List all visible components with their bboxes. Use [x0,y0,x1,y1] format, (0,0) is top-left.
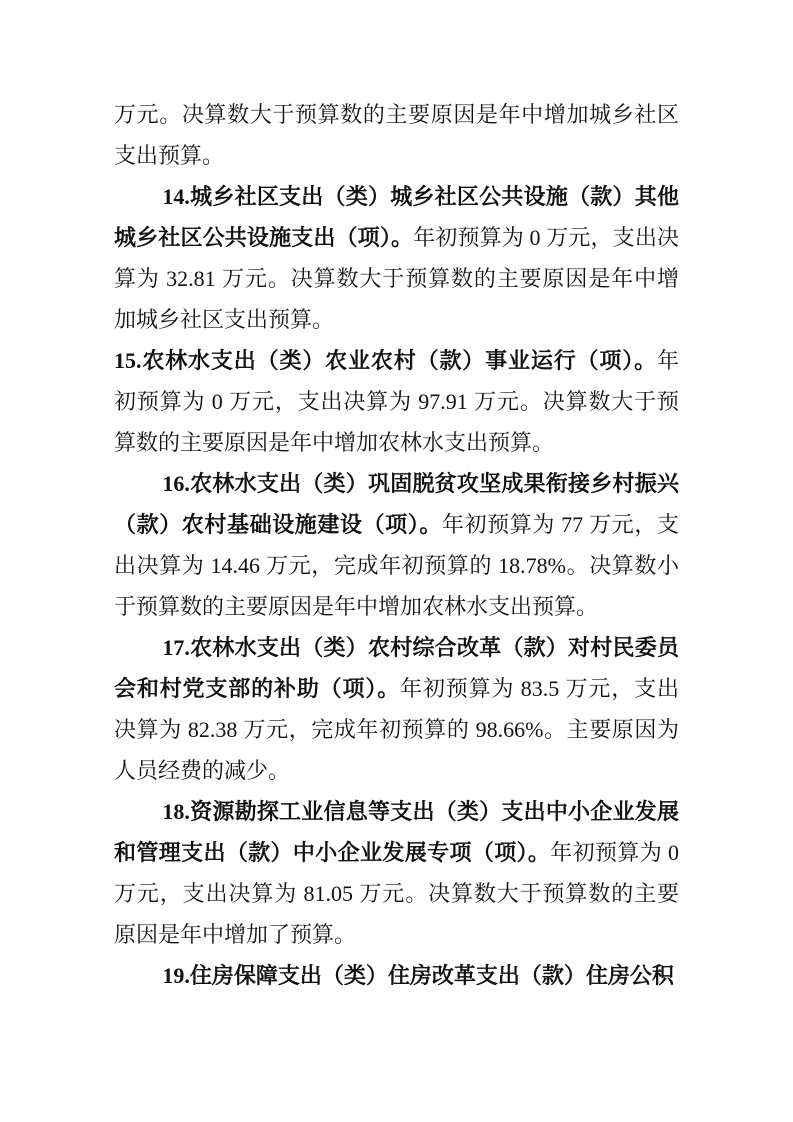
paragraph-item-18: 18.资源勘探工业信息等支出（类）支出中小企业发展和管理支出（款）中小企业发展专… [114,791,679,955]
text-run-bold: 19.住房保障支出（类）住房改革支出（款）住房公积 [162,963,674,988]
paragraph-item-19: 19.住房保障支出（类）住房改革支出（款）住房公积 [114,955,679,996]
paragraph-item-14: 14.城乡社区支出（类）城乡社区公共设施（款）其他城乡社区公共设施支出（项）。年… [114,176,679,340]
text-run-bold: 15.农林水支出（类）农业农村（款）事业运行（项）。 [114,348,657,373]
text-run: 万元。决算数大于预算数的主要原因是年中增加城乡社区支出预算。 [114,102,679,168]
document-body: 万元。决算数大于预算数的主要原因是年中增加城乡社区支出预算。14.城乡社区支出（… [114,94,679,996]
paragraph-continuation: 万元。决算数大于预算数的主要原因是年中增加城乡社区支出预算。 [114,94,679,176]
paragraph-item-17: 17.农林水支出（类）农村综合改革（款）对村民委员会和村党支部的补助（项）。年初… [114,627,679,791]
document-page: 万元。决算数大于预算数的主要原因是年中增加城乡社区支出预算。14.城乡社区支出（… [0,0,793,1122]
paragraph-item-15: 15.农林水支出（类）农业农村（款）事业运行（项）。年初预算为 0 万元，支出决… [114,340,679,463]
paragraph-item-16: 16.农林水支出（类）巩固脱贫攻坚成果衔接乡村振兴（款）农村基础设施建设（项）。… [114,463,679,627]
